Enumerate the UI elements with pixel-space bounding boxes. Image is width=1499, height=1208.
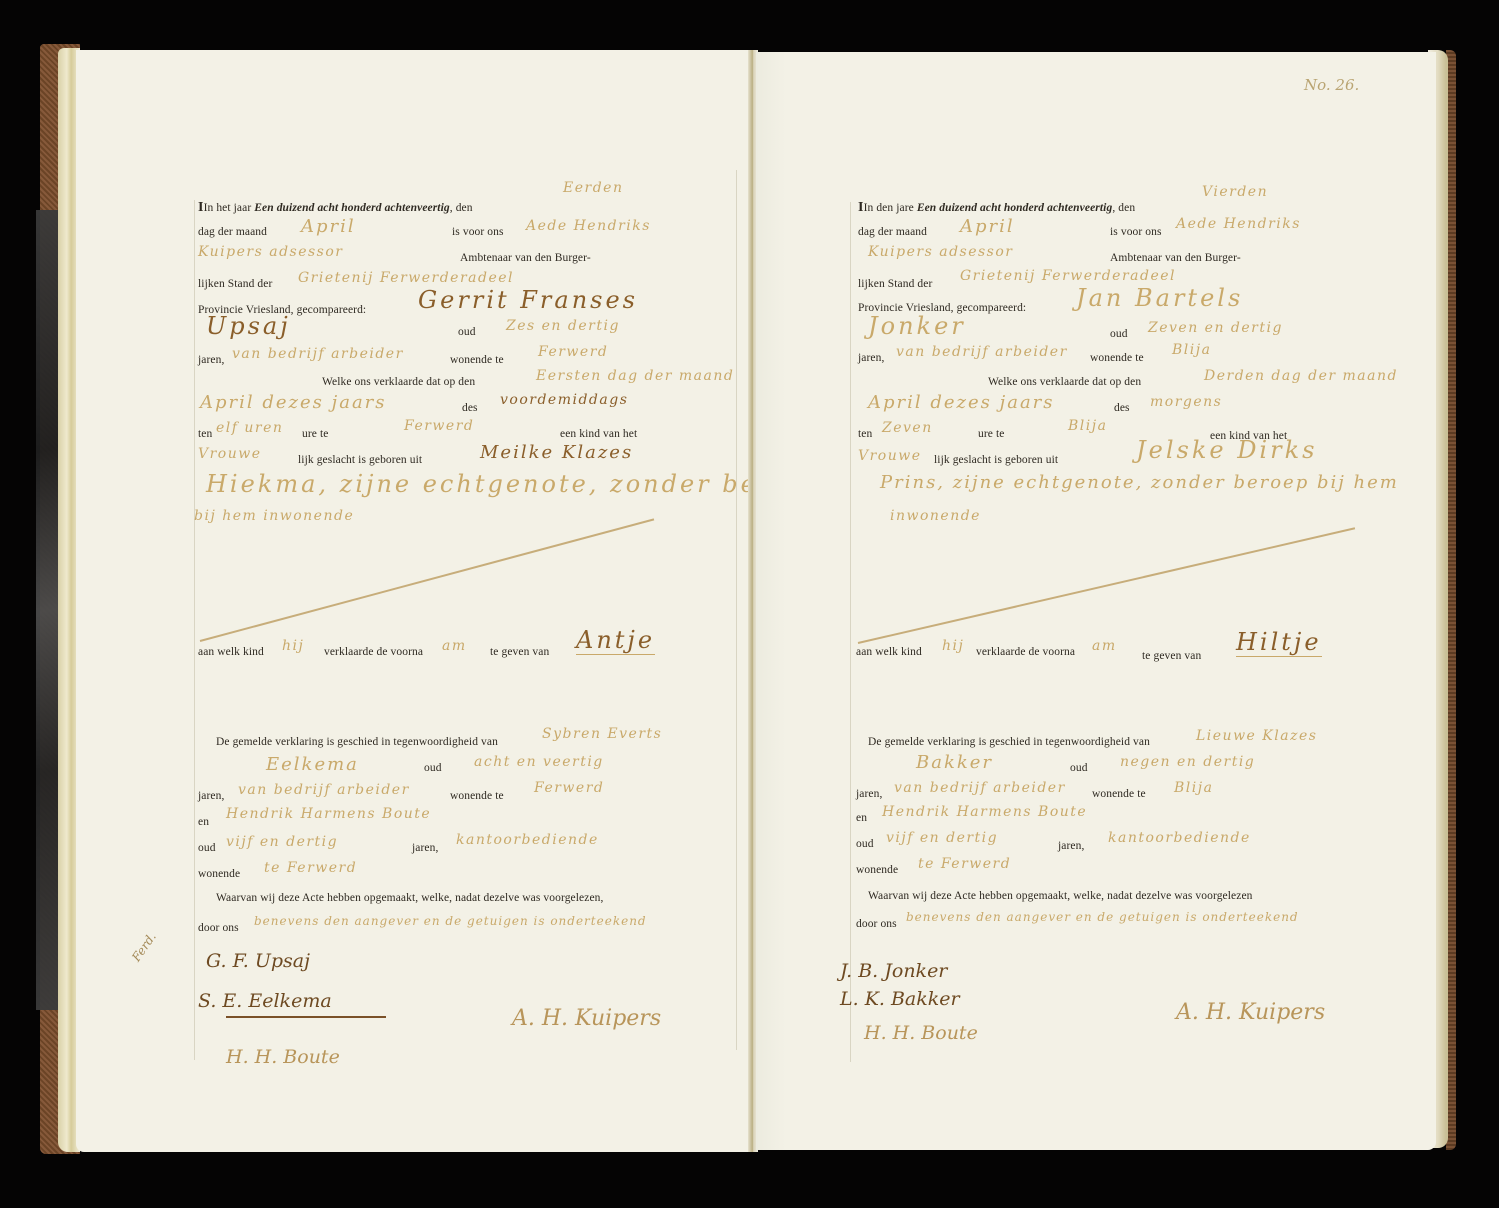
hw-witness1-res: Blija (1174, 780, 1213, 796)
hw-witness2: Hendrik Harmens Boute (882, 804, 1087, 820)
signature-declarant: G. F. Upsaj (206, 950, 310, 972)
label-voorna: verklaarde de voorna (976, 646, 1075, 658)
label-ure-te: ure te (302, 428, 328, 440)
hw-daypart: morgens (1150, 394, 1222, 410)
hw-month: April (960, 216, 1015, 237)
hw-age: Zes en dertig (506, 318, 620, 334)
hw-birth-day: Eersten dag der maand (536, 368, 734, 384)
hw-residence: Blija (1172, 342, 1211, 358)
label-jaren: jaren, (198, 354, 224, 366)
cancellation-stroke (858, 527, 1355, 644)
hw-pronoun: hij (942, 638, 964, 654)
hw-municipality: Grietenij Ferwerderadeel (960, 268, 1176, 284)
label-wonende-te: wonende te (450, 790, 504, 802)
label-oud: oud (458, 326, 476, 338)
cancellation-stroke (200, 518, 655, 642)
hw-official-2: Kuipers adsessor (868, 244, 1014, 260)
hw-witness1-1: Lieuwe Klazes (1196, 728, 1317, 744)
label-witness-intro: De gemelde verklaring is geschied in teg… (216, 736, 498, 748)
label-voorna: verklaarde de voorna (324, 646, 423, 658)
hw-witness2-res: te Ferwerd (918, 856, 1011, 872)
hw-witness2-occ: kantoorbediende (1108, 830, 1251, 846)
hw-birth-day: Derden dag der maand (1204, 368, 1398, 384)
label-geslacht: lijk geslacht is geboren uit (298, 454, 422, 466)
label-jaren: jaren, (856, 788, 882, 800)
hw-witness2-occ: kantoorbediende (456, 832, 599, 848)
hw-age: Zeven en dertig (1148, 320, 1283, 336)
hw-birthplace: Blija (1068, 418, 1107, 434)
label-ure-te: ure te (978, 428, 1004, 440)
hw-day: Vierden (1202, 184, 1268, 200)
hw-occupation: van bedrijf arbeider (232, 346, 404, 362)
label-oud: oud (856, 838, 874, 850)
label-witness-intro: De gemelde verklaring is geschied in teg… (868, 736, 1150, 748)
margin-rule (736, 170, 737, 1050)
closing-line: Waarvan wij deze Acte hebben opgemaakt, … (868, 890, 1253, 902)
closing-line: Waarvan wij deze Acte hebben opgemaakt, … (216, 892, 604, 904)
hw-mother-1: Jelske Dirks (1136, 436, 1317, 464)
label-is-voor-ons: is voor ons (452, 226, 504, 238)
label-jaren: jaren, (412, 842, 438, 854)
label-oud: oud (424, 762, 442, 774)
hw-witness1-1: Sybren Everts (542, 726, 662, 742)
label-jaren: jaren, (1058, 840, 1084, 852)
hw-witness1-age: negen en dertig (1120, 754, 1255, 770)
label-ambtenaar: Ambtenaar van den Burger- (460, 252, 591, 264)
label-aan-welk-kind: aan welk kind (856, 646, 922, 658)
label-en: en (198, 816, 209, 828)
signature-witness-2: H. H. Boute (226, 1046, 340, 1068)
signature-witness-1: S. E. Eelkema (198, 990, 332, 1012)
label-dag-der-maand: dag der maand (858, 226, 927, 238)
label-ten: ten (198, 428, 212, 440)
label-wonende-te: wonende te (1090, 352, 1144, 364)
label-dag-der-maand: dag der maand (198, 226, 267, 238)
hw-municipality: Grietenij Ferwerderadeel (298, 270, 514, 286)
signature-official: A. H. Kuipers (512, 1006, 661, 1031)
hw-hour: Zeven (882, 420, 933, 436)
label-welke: Welke ons verklaarde dat op den (322, 376, 475, 388)
label-is-voor-ons: is voor ons (1110, 226, 1162, 238)
hw-closing: benevens den aangever en de getuigen is … (254, 914, 647, 928)
hw-official-1: Aede Hendriks (1176, 216, 1301, 232)
label-oud: oud (1070, 762, 1088, 774)
acte-line-1: IIn den jare Een duizend acht honderd ac… (858, 200, 1135, 216)
label-door-ons: door ons (198, 922, 239, 934)
hw-name-suffix: am (1092, 638, 1117, 654)
hw-birth-month: April dezes jaars (868, 392, 1055, 413)
label-ten: ten (858, 428, 872, 440)
label-jaren: jaren, (858, 352, 884, 364)
label-te-geven-van: te geven van (1142, 650, 1201, 662)
hw-pronoun: hij (282, 638, 304, 654)
hw-witness2-res: te Ferwerd (264, 860, 357, 876)
label-een-kind: een kind van het (560, 428, 637, 440)
hw-mother-3: inwonende (890, 508, 981, 524)
open-register-book: IIn het jaar Een duizend acht honderd ac… (0, 0, 1499, 1208)
signature-witness-2: H. H. Boute (864, 1022, 978, 1044)
hw-witness1-occ: van bedrijf arbeider (238, 782, 410, 798)
hw-official-2: Kuipers adsessor (198, 244, 344, 260)
hw-mother-2: Hiekma, zijne echtgenote, zonder beroep (206, 470, 825, 498)
hw-declarant-2: Upsaj (206, 312, 291, 340)
hw-sex: Vrouwe (858, 448, 922, 464)
hw-mother-3: bij hem inwonende (194, 508, 354, 524)
hw-daypart: voordemiddags (500, 392, 628, 408)
hw-declarant-1: Jan Bartels (1076, 284, 1243, 312)
hw-closing: benevens den aangever en de getuigen is … (906, 910, 1299, 924)
hw-mother-2: Prins, zijne echtgenote, zonder beroep b… (880, 472, 1399, 493)
hw-birth-month: April dezes jaars (200, 392, 387, 413)
hw-sex: Vrouwe (198, 446, 262, 462)
margin-rule (850, 202, 851, 1062)
hw-witness1-2: Eelkema (266, 754, 359, 775)
hw-declarant-1: Gerrit Franses (418, 286, 638, 314)
hw-birthplace: Ferwerd (404, 418, 474, 434)
label-jaren: jaren, (198, 790, 224, 802)
hw-official-1: Aede Hendriks (526, 218, 651, 234)
hw-residence: Ferwerd (538, 344, 608, 360)
label-wonende-te: wonende te (1092, 788, 1146, 800)
label-lijken-stand: lijken Stand der (198, 278, 272, 290)
hw-child-name: Antje (576, 626, 655, 655)
label-wonende-te: wonende te (450, 354, 504, 366)
signature-flourish (226, 1016, 386, 1018)
hw-witness2-age: vijf en dertig (226, 834, 338, 850)
label-lijken-stand: lijken Stand der (858, 278, 932, 290)
hw-witness2: Hendrik Harmens Boute (226, 806, 431, 822)
folio-number: No. 26. (1304, 76, 1359, 94)
hw-child-name: Hiltje (1236, 628, 1322, 657)
label-oud: oud (198, 842, 216, 854)
hw-witness1-occ: van bedrijf arbeider (894, 780, 1066, 796)
label-te-geven-van: te geven van (490, 646, 549, 658)
label-wonende: wonende (198, 868, 240, 880)
hw-witness1-2: Bakker (916, 752, 993, 773)
label-geslacht: lijk geslacht is geboren uit (934, 454, 1058, 466)
hw-occupation: van bedrijf arbeider (896, 344, 1068, 360)
label-en: en (856, 812, 867, 824)
hw-month: April (301, 216, 356, 237)
right-page: No. 26. IIn den jare Een duizend acht ho… (756, 52, 1436, 1150)
label-aan-welk-kind: aan welk kind (198, 646, 264, 658)
label-oud: oud (1110, 328, 1128, 340)
label-welke: Welke ons verklaarde dat op den (988, 376, 1141, 388)
label-des: des (462, 402, 478, 414)
margin-rule (194, 200, 195, 1060)
hw-hour: elf uren (216, 420, 283, 436)
signature-declarant: J. B. Jonker (840, 960, 947, 982)
hw-declarant-2: Jonker (868, 312, 966, 340)
signature-witness-1: L. K. Bakker (840, 988, 960, 1010)
hw-mother-1: Meilke Klazes (480, 442, 633, 463)
hw-day: Eerden (563, 180, 623, 196)
label-wonende: wonende (856, 864, 898, 876)
acte-line-1: IIn het jaar Een duizend acht honderd ac… (198, 200, 473, 216)
label-ambtenaar: Ambtenaar van den Burger- (1110, 252, 1241, 264)
label-des: des (1114, 402, 1130, 414)
hw-name-suffix: am (442, 638, 467, 654)
hw-witness2-age: vijf en dertig (886, 830, 998, 846)
hw-witness1-res: Ferwerd (534, 780, 604, 796)
hw-witness1-age: acht en veertig (474, 754, 604, 770)
margin-note: Ferd. (129, 930, 159, 964)
signature-official: A. H. Kuipers (1176, 1000, 1325, 1025)
label-door-ons: door ons (856, 918, 897, 930)
left-page: IIn het jaar Een duizend acht honderd ac… (76, 50, 752, 1152)
